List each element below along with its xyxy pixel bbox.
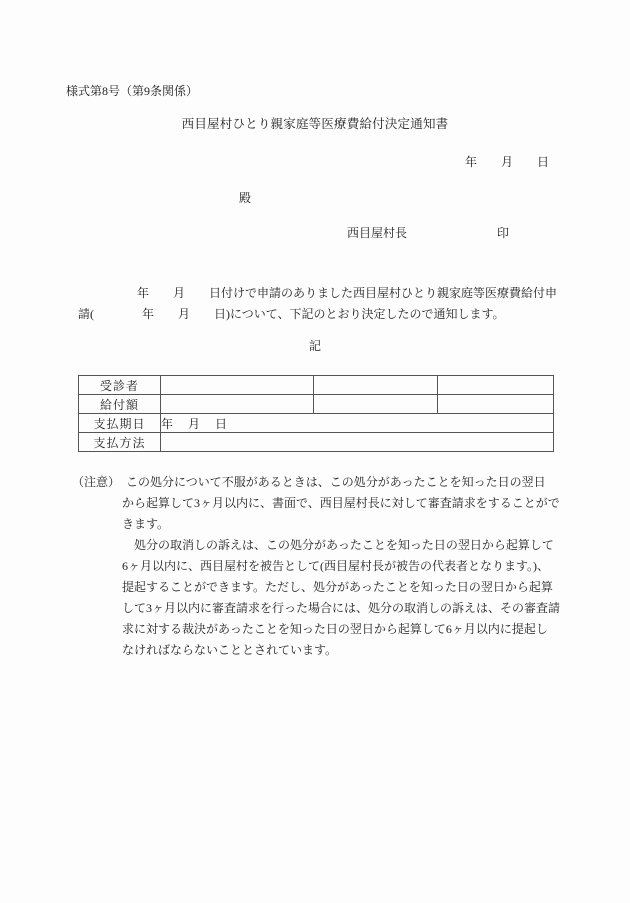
row-label-benefit-amount: 給付額 xyxy=(79,395,161,414)
addressee-honorific: 殿 xyxy=(239,190,251,206)
issuer-name: 西目屋村長 xyxy=(347,225,407,241)
notice-line: 処分の取消しの訴えは、この処分があったことを知った日の翌日から起算して xyxy=(122,535,630,556)
notice-line: なければならないこととされています。 xyxy=(122,640,630,661)
benefit-amount-cell-3 xyxy=(438,395,554,414)
document-page: 様式第8号（第9条関係） 西目屋村ひとり親家庭等医療費給付決定通知書 年 月 日… xyxy=(0,0,630,903)
body-text-line-2: 請( 年 月 日)について、下記のとおり決定したので通知します。 xyxy=(78,306,505,322)
table-row-payment-method: 支払方法 xyxy=(79,433,554,452)
recipient-cell-3 xyxy=(438,376,554,395)
notice-line: 求に対する裁決があったことを知った日の翌日から起算して6ヶ月以内に提起し xyxy=(122,619,630,640)
benefit-table: 受診者 給付額 支払期日 年 月 日 支払方法 xyxy=(78,375,554,452)
table-row-benefit-amount: 給付額 xyxy=(79,395,554,414)
seal-mark: 印 xyxy=(497,225,509,241)
body-text-line-1: 年 月 日付けで申請のありました西目屋村ひとり親家庭等医療費給付申 xyxy=(137,285,557,301)
payment-date-cell: 年 月 日 xyxy=(161,414,554,433)
notice-block: （注意） この処分について不服があるときは、この処分があったことを知った日の翌日… xyxy=(0,472,630,661)
row-label-payment-date: 支払期日 xyxy=(79,414,161,433)
issue-date-line: 年 月 日 xyxy=(465,154,549,170)
document-title: 西目屋村ひとり親家庭等医療費給付決定通知書 xyxy=(0,116,630,132)
table-row-payment-date: 支払期日 年 月 日 xyxy=(79,414,554,433)
notice-line: 6ヶ月以内に、西目屋村を被告として(西目屋村長が被告の代表者となります。)、 xyxy=(122,556,630,577)
benefit-amount-cell-2 xyxy=(314,395,438,414)
row-label-recipient: 受診者 xyxy=(79,376,161,395)
benefit-amount-cell-1 xyxy=(161,395,314,414)
notice-line: （注意） この処分について不服があるときは、この処分があったことを知った日の翌日 xyxy=(72,472,630,493)
row-label-payment-method: 支払方法 xyxy=(79,433,161,452)
record-marker: 記 xyxy=(0,338,630,354)
payment-method-cell xyxy=(161,433,554,452)
recipient-cell-1 xyxy=(161,376,314,395)
recipient-cell-2 xyxy=(314,376,438,395)
form-number: 様式第8号（第9条関係） xyxy=(66,83,198,99)
notice-line: から起算して3ヶ月以内に、書面で、西目屋村長に対して審査請求をすることがで xyxy=(122,493,630,514)
notice-line: 提起することができます。ただし、処分があったことを知った日の翌日から起算 xyxy=(122,577,630,598)
notice-line: して3ヶ月以内に審査請求を行った場合には、処分の取消しの訴えは、その審査請 xyxy=(122,598,630,619)
notice-line: きます。 xyxy=(122,514,630,535)
table-row-recipient: 受診者 xyxy=(79,376,554,395)
